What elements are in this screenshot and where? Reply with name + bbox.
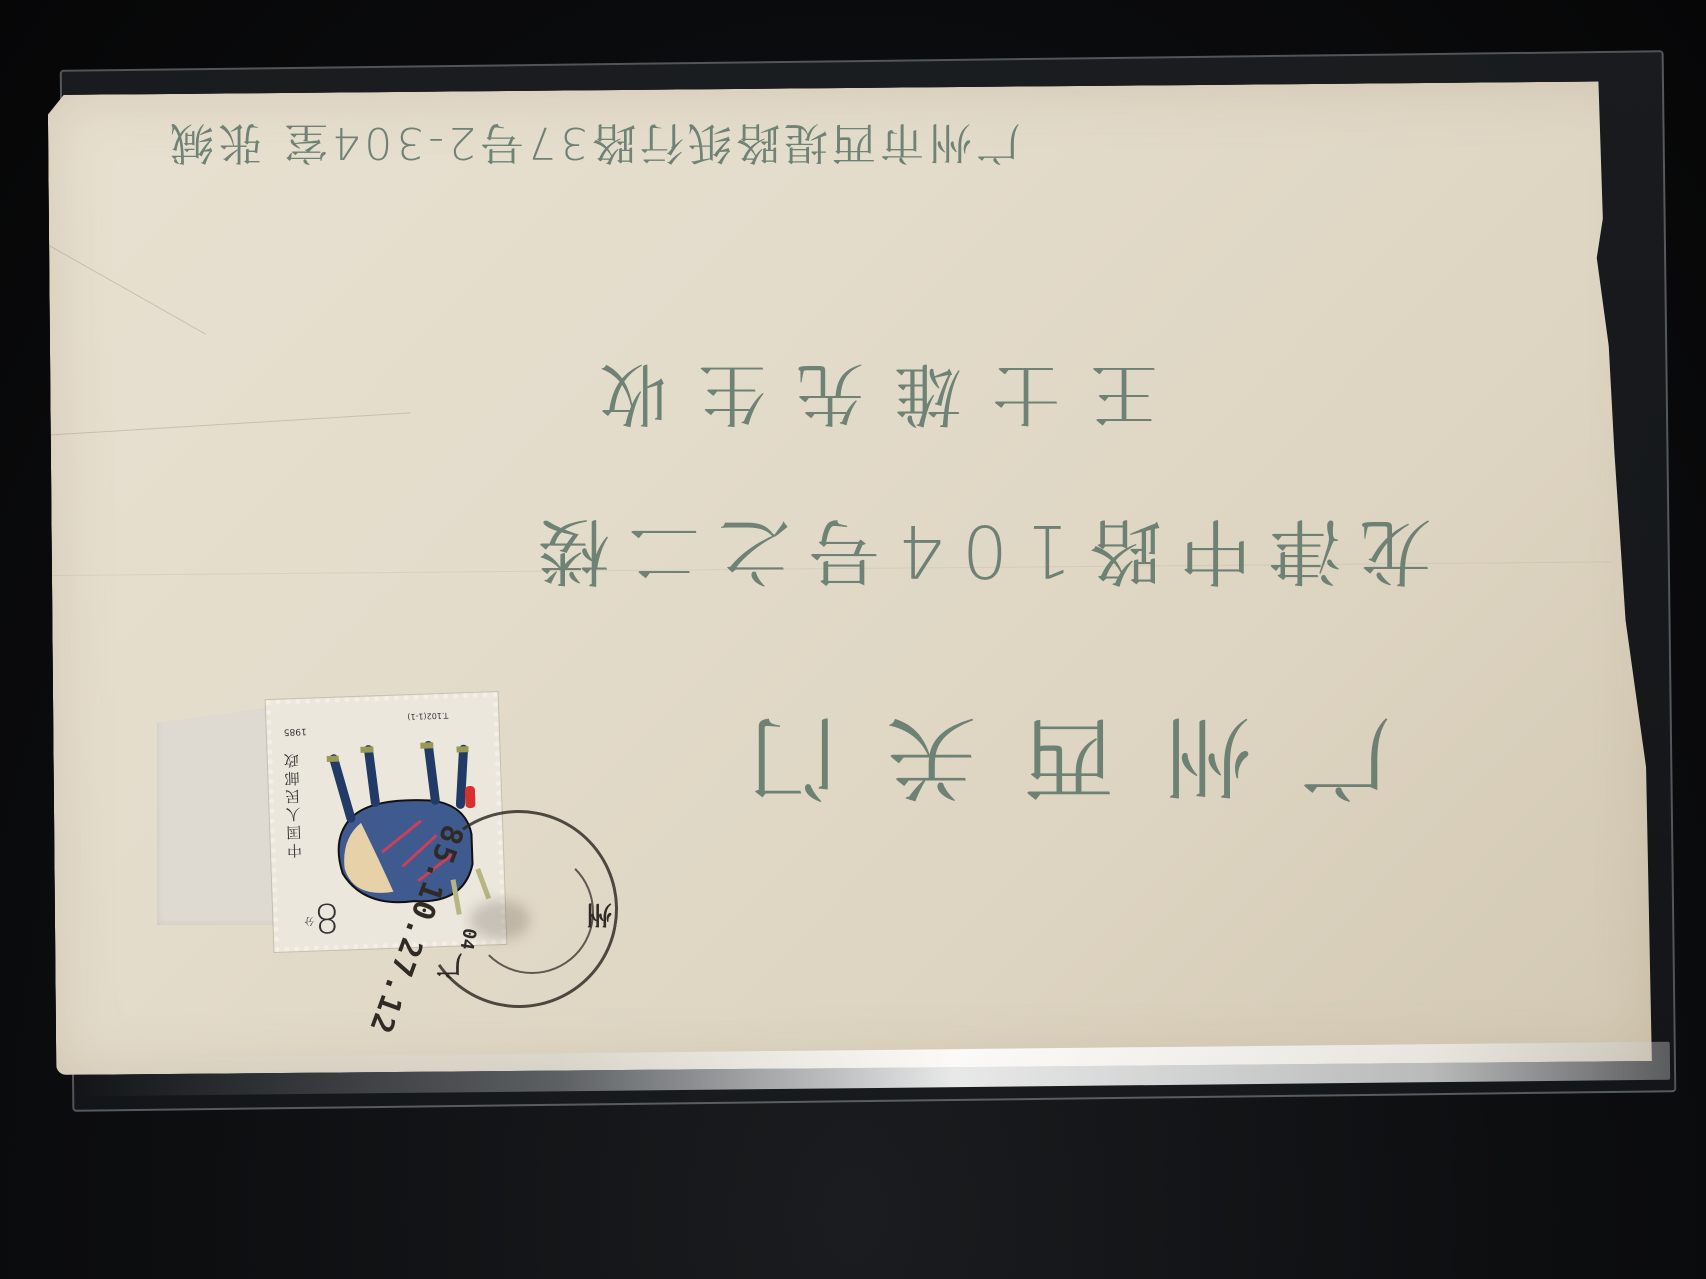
stamp-code: T.102(1-1): [407, 711, 448, 721]
street-address: 龙津中路104号之二楼: [520, 505, 1431, 609]
stamp-value: 8: [313, 894, 340, 941]
postmark-city: 广: [436, 948, 462, 985]
crease: [49, 245, 206, 335]
stamp-year: 1985: [284, 726, 307, 737]
artist-seal: [465, 786, 476, 808]
return-address: 广州市西堤路纸行路37号2-304室 张缄: [160, 115, 1020, 179]
city-line: 广州西关门: [700, 700, 1390, 830]
postmark-city: 州: [586, 898, 612, 935]
stamp-unit: 分: [304, 915, 315, 930]
stamp-country: 中国人民邮政: [280, 750, 305, 859]
recipient-name: 王士雄先生收: [570, 350, 1158, 447]
crease: [51, 412, 410, 435]
